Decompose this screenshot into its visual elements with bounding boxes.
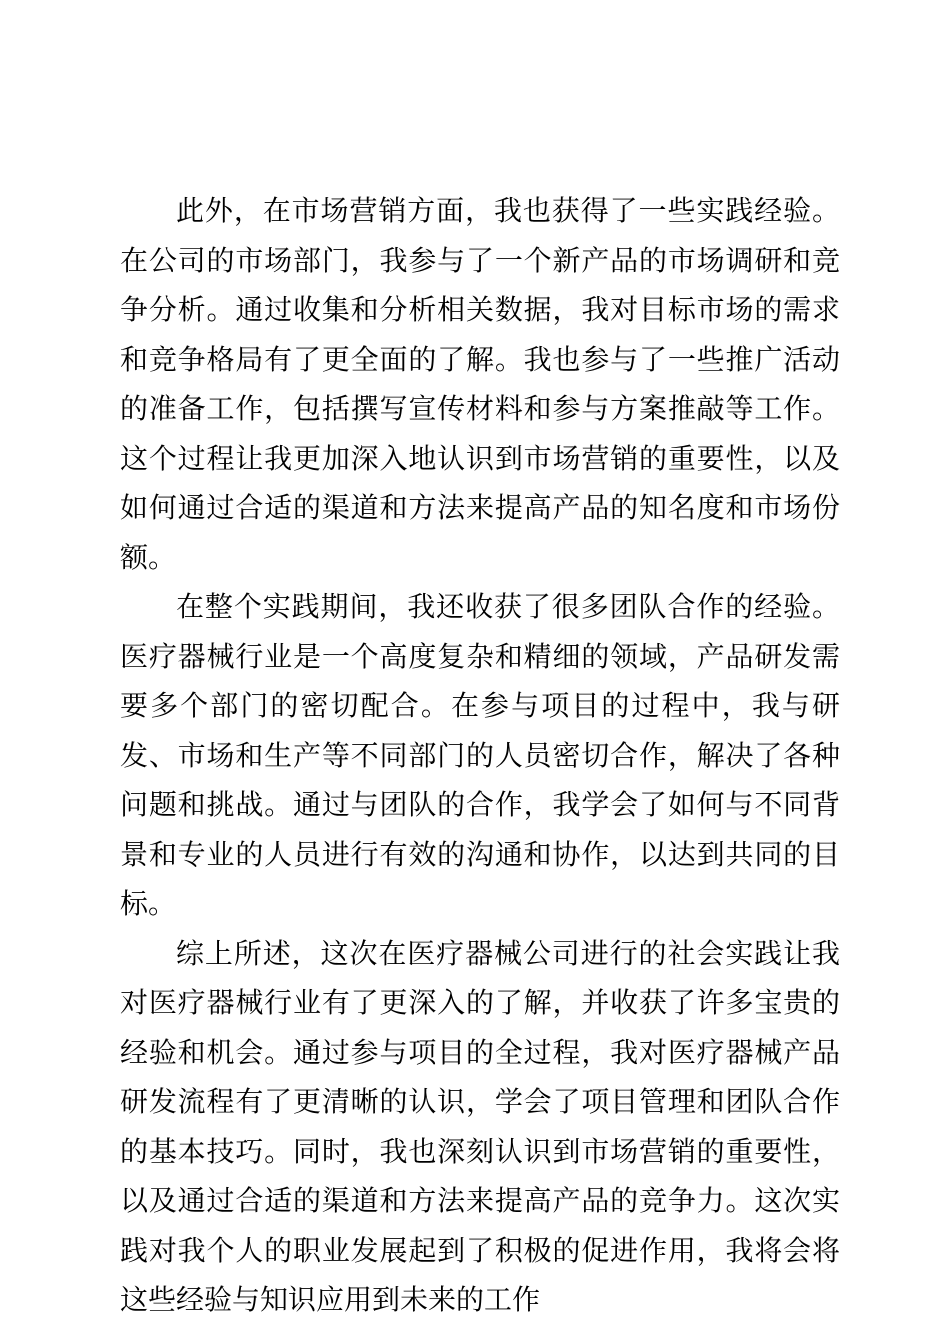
paragraph-teamwork-experience: 在整个实践期间，我还收获了很多团队合作的经验。医疗器械行业是一个高度复杂和精细的… xyxy=(120,582,840,929)
paragraph-summary: 综上所述，这次在医疗器械公司进行的社会实践让我对医疗器械行业有了更深入的了解，并… xyxy=(120,929,840,1325)
document-body: 此外，在市场营销方面，我也获得了一些实践经验。在公司的市场部门，我参与了一个新产… xyxy=(120,186,840,1325)
document-page: 此外，在市场营销方面，我也获得了一些实践经验。在公司的市场部门，我参与了一个新产… xyxy=(0,0,950,1344)
paragraph-marketing-practice: 此外，在市场营销方面，我也获得了一些实践经验。在公司的市场部门，我参与了一个新产… xyxy=(120,186,840,582)
